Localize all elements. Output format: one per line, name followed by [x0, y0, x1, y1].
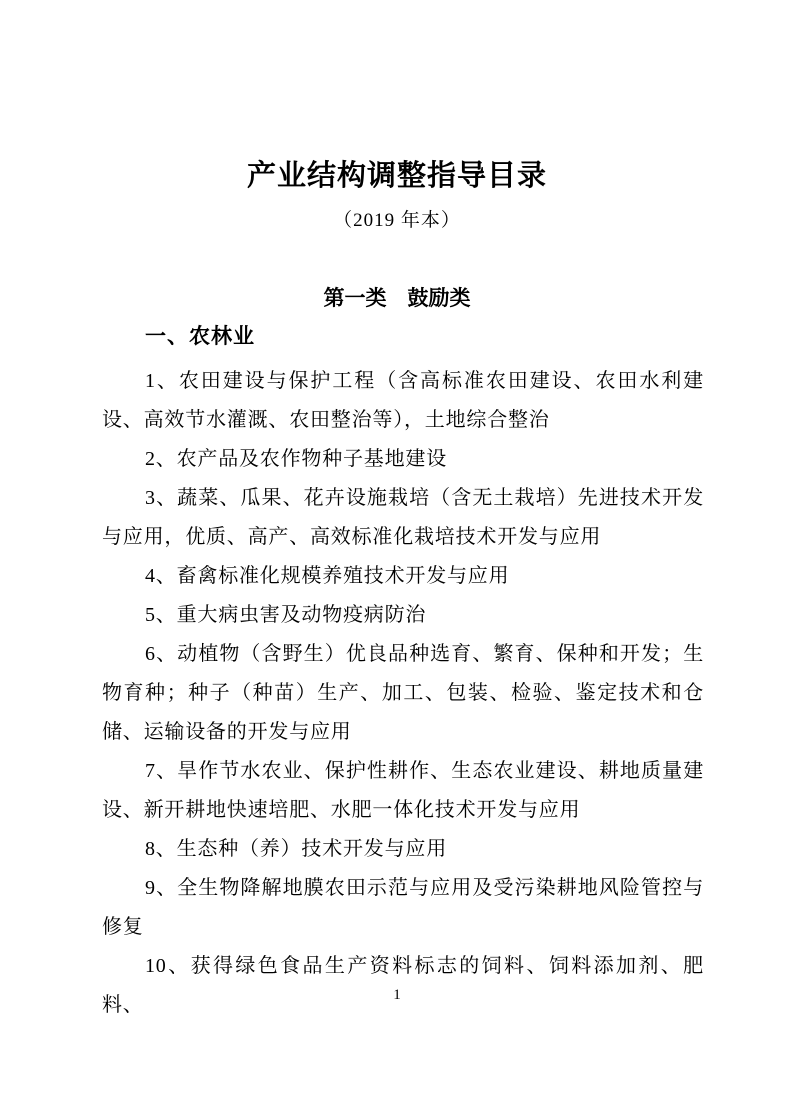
catalog-item-8: 8、生态种（养）技术开发与应用 [102, 830, 704, 869]
catalog-item-1: 1、农田建设与保护工程（含高标准农田建设、农田水利建设、高效节水灌溉、农田整治等… [102, 362, 704, 440]
catalog-item-7: 7、旱作节水农业、保护性耕作、生态农业建设、耕地质量建设、新开耕地快速培肥、水肥… [102, 752, 704, 830]
catalog-item-3: 3、蔬菜、瓜果、花卉设施栽培（含无土栽培）先进技术开发与应用，优质、高产、高效标… [102, 479, 704, 557]
page-number: 1 [0, 987, 794, 1004]
catalog-item-5: 5、重大病虫害及动物疫病防治 [102, 596, 704, 635]
catalog-item-10: 10、获得绿色食品生产资料标志的饲料、饲料添加剂、肥料、 [102, 947, 704, 1025]
catalog-items: 1、农田建设与保护工程（含高标准农田建设、农田水利建设、高效节水灌溉、农田整治等… [102, 362, 704, 1025]
catalog-item-4: 4、畜禽标准化规模养殖技术开发与应用 [102, 557, 704, 596]
catalog-item-9: 9、全生物降解地膜农田示范与应用及受污染耕地风险管控与修复 [102, 869, 704, 947]
section-heading: 一、农林业 [145, 326, 794, 348]
document-edition: （2019 年本） [0, 208, 794, 234]
category-heading: 第一类 鼓励类 [0, 288, 794, 310]
catalog-item-2: 2、农产品及农作物种子基地建设 [102, 440, 704, 479]
document-page: 产业结构调整指导目录 （2019 年本） 第一类 鼓励类 一、农林业 1、农田建… [0, 0, 794, 1108]
catalog-item-6: 6、动植物（含野生）优良品种选育、繁育、保种和开发；生物育种；种子（种苗）生产、… [102, 635, 704, 752]
document-title: 产业结构调整指导目录 [0, 0, 794, 192]
